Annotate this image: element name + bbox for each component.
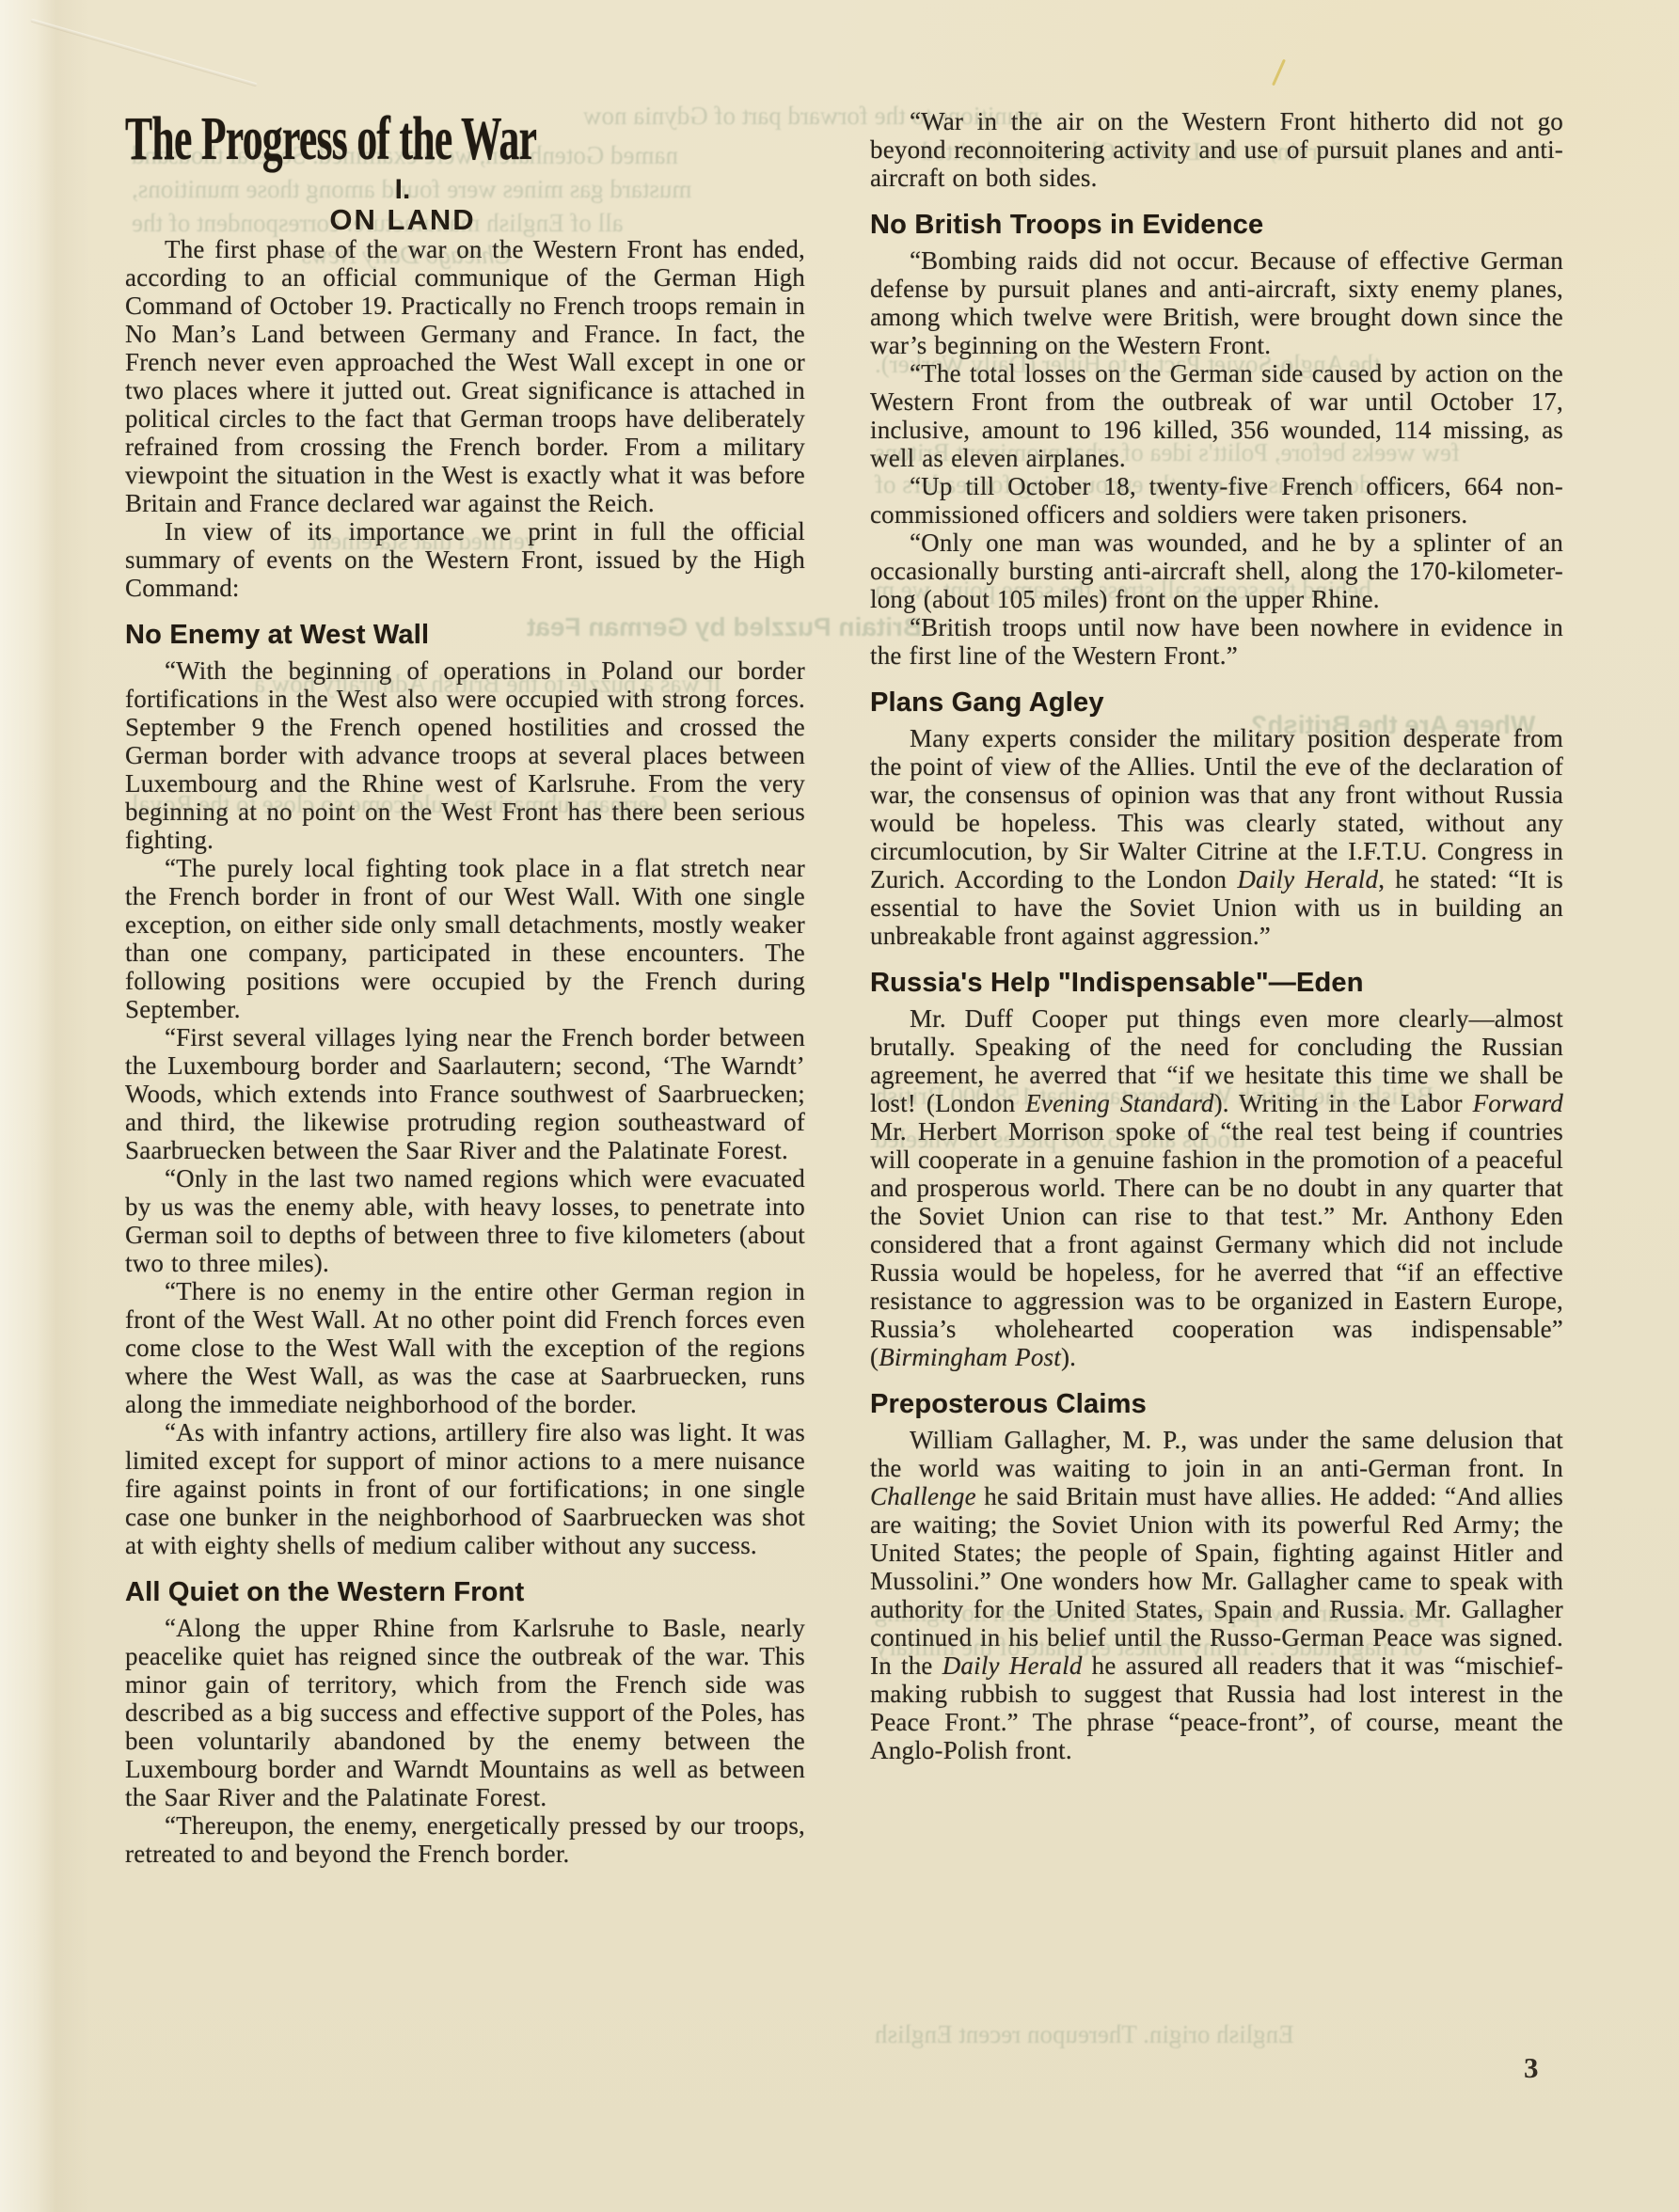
paragraph: “The total losses on the German side cau…: [870, 359, 1563, 472]
paper-crease: [30, 19, 257, 87]
right-column: “War in the air on the Western Front hit…: [870, 107, 1563, 1764]
paragraph: “The purely local fighting took place in…: [125, 854, 805, 1023]
paragraph: “There is no enemy in the entire other G…: [125, 1277, 805, 1418]
right-column-text: “War in the air on the Western Front hit…: [870, 107, 1563, 1764]
paragraph: William Gallagher, M. P., was under the …: [870, 1426, 1563, 1764]
paragraph: “Only one man was wounded, and he by a s…: [870, 529, 1563, 613]
paragraph: “War in the air on the Western Front hit…: [870, 107, 1563, 192]
section-heading: Russia's Help "Indispensable"—Eden: [870, 968, 1563, 998]
document-page: munitions to the forward part of Gdynia …: [0, 0, 1679, 2212]
page-number: 3: [1524, 2052, 1539, 2084]
paragraph: “First several villages lying near the F…: [125, 1023, 805, 1164]
section-numeral: I.: [125, 175, 680, 205]
section-heading: All Quiet on the Western Front: [125, 1577, 805, 1607]
paragraph: “Up till October 18, twenty-five French …: [870, 472, 1563, 529]
paragraph: “Thereupon, the enemy, energetically pre…: [125, 1811, 805, 1868]
left-column: The Progress of the War I. ON LAND The f…: [125, 105, 805, 1868]
section-heading: No British Troops in Evidence: [870, 210, 1563, 240]
paragraph: “Bombing raids did not occur. Because of…: [870, 246, 1563, 359]
paragraph: Mr. Duff Cooper put things even more cle…: [870, 1004, 1563, 1371]
section-heading: Preposterous Claims: [870, 1389, 1563, 1419]
paragraph: “Only in the last two named regions whic…: [125, 1164, 805, 1277]
paragraph: “British troops until now have been nowh…: [870, 613, 1563, 670]
left-column-text: The first phase of the war on the Wester…: [125, 235, 805, 1868]
paragraph: “As with infantry actions, artillery fir…: [125, 1418, 805, 1559]
paper-fiber: [1272, 59, 1286, 87]
paragraph: “Along the upper Rhine from Karlsruhe to…: [125, 1614, 805, 1811]
paragraph: “With the beginning of operations in Pol…: [125, 656, 805, 854]
section-heading: No Enemy at West Wall: [125, 620, 805, 650]
paragraph: In view of its importance we print in fu…: [125, 517, 805, 602]
section-heading: Plans Gang Agley: [870, 687, 1563, 718]
article-title: The Progress of the War: [125, 105, 574, 173]
paragraph: Many experts consider the military posit…: [870, 724, 1563, 950]
paragraph: The first phase of the war on the Wester…: [125, 235, 805, 517]
section-subtitle: ON LAND: [125, 205, 680, 235]
bleed-through-text: English origin. Thereupon recent English: [875, 2020, 1294, 2048]
